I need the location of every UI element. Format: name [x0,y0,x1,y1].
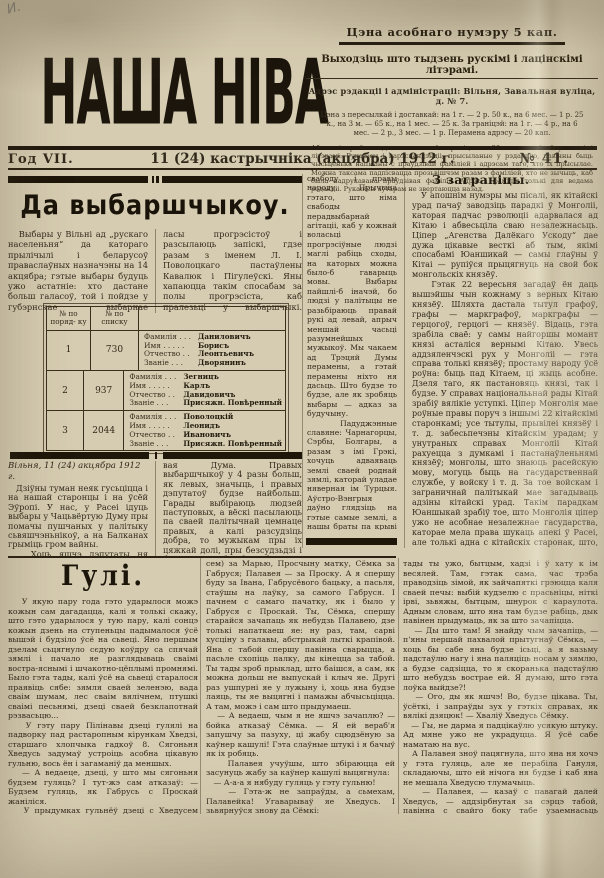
table-row: 3 2044 Фамилія . . .Поволоцкій Имя . . .… [47,410,285,450]
candidate-rank: Присяжн. Повѣренный [183,440,282,449]
subscription-terms: Цэна з пересылкай і доставкай: на 1 г. —… [306,111,598,138]
column-rule [404,174,405,548]
candidate-entry: Фамилія . . .Даниловичъ Имя . . . . .Бор… [139,331,285,370]
table-header-list-number: № по списку [91,307,139,330]
ornament-bar-gap [148,176,162,183]
ornament-bar-segment [163,452,302,459]
ornament-bar-segment [8,176,148,183]
feuilleton-column-3: тады ты ужо, бытцым, хадзі і ў хату к ім… [403,559,598,817]
lead-article-column-a: Выбары у Вільні ад „рускаго населеньня“ … [8,229,148,313]
ornament-tick [152,176,155,183]
candidate-entry: Фамилія . . .Зегницъ Имя . . . . .Карлъ … [124,371,285,410]
foreign-news-body: Ў апошнім нумэры мы пісалі, як кітайскі … [412,191,598,547]
order-number: 3 [47,411,84,450]
candidate-rank: Дворянинъ [198,359,246,368]
candidate-entry: Фамилія . . .Поволоцкій Имя . . . . .Лео… [124,411,285,450]
lead-article-columns: Выбары у Вільні ад „рускаго населеньня“ … [8,229,302,313]
feuilleton-column-2: сем) за Марью, Просчыну матку, Сёмка за … [206,559,395,817]
order-number: 1 [47,331,91,370]
column-rule [302,174,303,548]
end-of-article-bar [306,538,397,545]
table-row: 2 937 Фамилія . . .Зегницъ Имя . . . . .… [47,370,285,410]
editorial-column-b: вая Дума. Правых выбаршчыкоў у 4 разы бо… [155,461,302,556]
column-rule [200,558,201,814]
foreign-news-title: З заграніцы. [412,172,598,187]
field-label: Званіе . . . [144,359,198,368]
list-number: 2044 [84,411,124,450]
lead-article-column-b: ласы прогрэсістоў і разсылаюць запіскі, … [155,229,302,313]
editorial-column-a-text: Дзіўны туман неяк гусьціцца і на нашай с… [8,484,148,556]
continuation-column: свабоду і правы народу. Прычына гэтаго, … [307,174,397,530]
ornament-tick [156,176,159,183]
field-label: Званіе . . . [129,399,183,408]
list-number: 937 [84,371,124,410]
field-label: Званіе . . . [129,440,183,449]
candidate-table-header: № по поряд- ку № по списку [47,307,285,331]
ornament-bar [10,452,302,459]
editorial-columns: Вільня, 11 (24) акцябра 1912 г. Дзіўны т… [8,461,302,556]
candidate-table: № по поряд- ку № по списку 1 730 Фамилія… [46,306,286,451]
table-header-blank [139,307,285,330]
issue-number: № 41. [467,151,597,167]
lead-article: Да выбаршчыкоу. Выбары у Вільні ад „руск… [8,176,302,313]
newspaper-page-scan: { "theme": { "paper_color": "#d6ccb1", "… [0,0,604,878]
lead-article-title: Да выбаршчыкоу. [8,189,302,220]
feuilleton-column-1: Гулі. У якую пару года гэто ударылося мо… [8,560,198,815]
frequency-line: Выходзіць што тыдзень рускімі і лацінскі… [306,54,598,79]
issue-date: 11 (24) кастрычніка (акцябра) 1912 г. [138,151,467,167]
ornament-bar-segment [10,452,149,459]
list-number: 730 [91,331,139,370]
issue-line: Год VII. 11 (24) кастрычніка (акцябра) 1… [8,151,597,167]
editorial-article: Вільня, 11 (24) акцябра 1912 г. Дзіўны т… [8,461,302,556]
masthead-title: НАША НІВА [41,48,284,138]
candidate-rank: Присяжн. Повѣренный [183,399,282,408]
ornament-bar [8,176,302,183]
address-line: Адрэс рэдакціі і адміністраціі: Вільня, … [306,86,598,106]
pencil-mark: И. [5,0,22,17]
feuilleton-column-1-text: У якую пару года гэто ударылося можэ кож… [8,597,198,815]
table-row: 1 730 Фамилія . . .Даниловичъ Имя . . . … [47,331,285,370]
foreign-news-article: З заграніцы. Ў апошнім нумэры мы пісалі,… [412,172,598,547]
order-number: 2 [47,371,84,410]
ornament-bar-segment [162,176,302,183]
editorial-column-a: Вільня, 11 (24) акцябра 1912 г. Дзіўны т… [8,461,148,556]
issue-line-rule [8,168,597,170]
feuilleton-title: Гулі. [8,558,198,596]
editorial-dateline: Вільня, 11 (24) акцябра 1912 г. [8,461,148,483]
price-line: Цэна асобнаго нумэру 5 кап. [339,25,566,45]
volume-year: Год VII. [8,152,138,167]
masthead-rule [8,146,597,150]
column-rule [398,558,399,814]
ornament-bar-gap [149,452,163,459]
table-header-order: № по поряд- ку [47,307,91,330]
ornament-tick [155,452,158,459]
